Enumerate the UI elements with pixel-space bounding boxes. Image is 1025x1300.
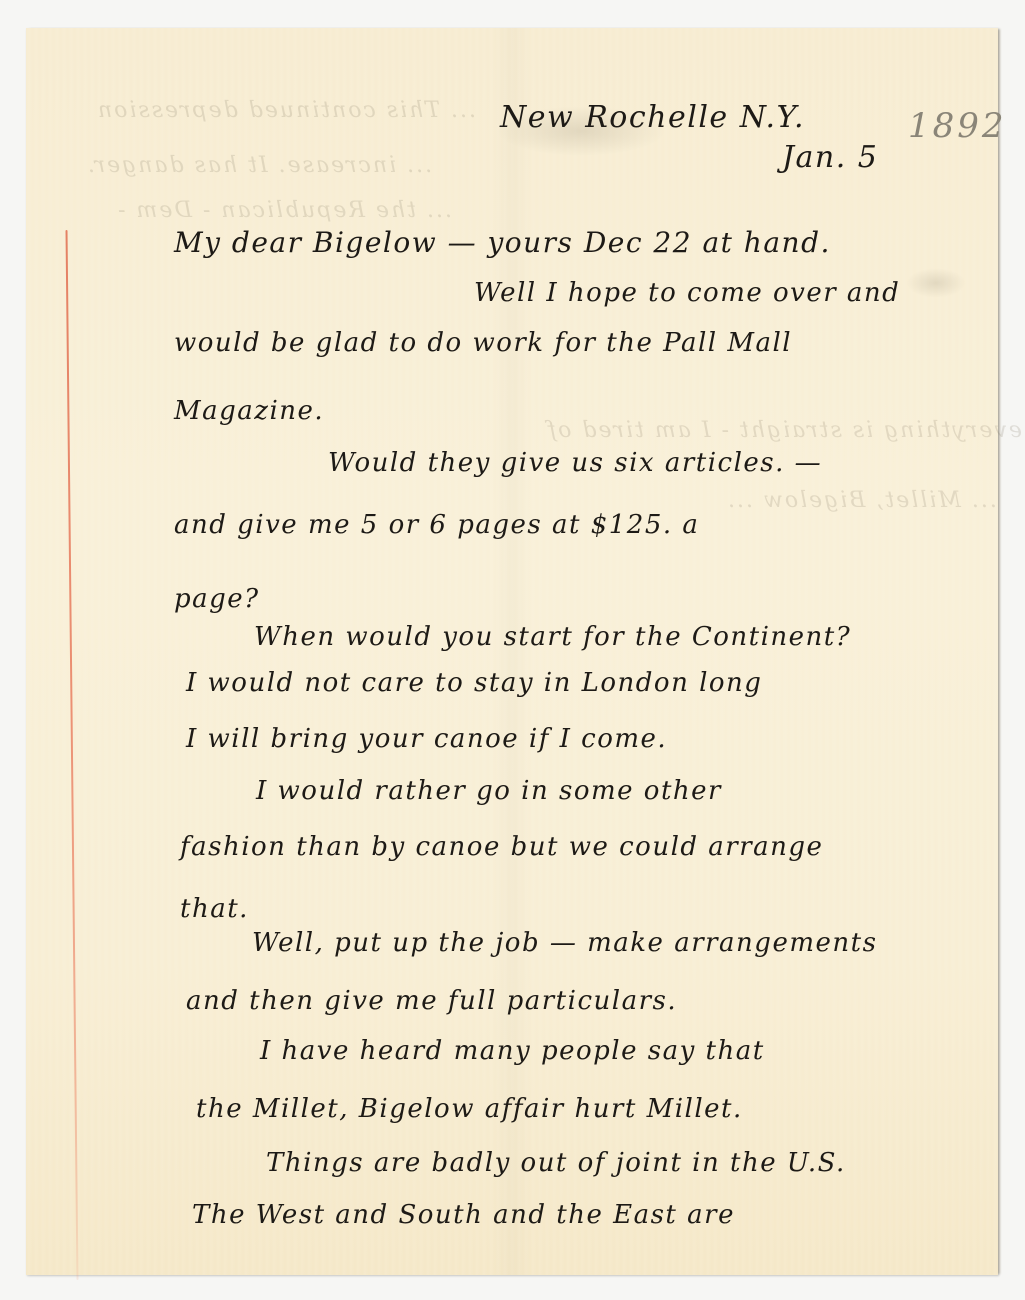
letter-line: Things are badly out of joint in the U.S… bbox=[266, 1148, 846, 1178]
letter-line: I would not care to stay in London long bbox=[186, 668, 762, 698]
letter-line: I have heard many people say that bbox=[260, 1036, 765, 1066]
letter-place: New Rochelle N.Y. bbox=[500, 100, 805, 135]
pencil-year: 1892 bbox=[908, 106, 1007, 146]
letter-line: I would rather go in some other bbox=[256, 776, 722, 806]
letter-line: and then give me full particulars. bbox=[186, 986, 677, 1016]
letter-line: fashion than by canoe but we could arran… bbox=[180, 832, 823, 862]
letter-line: would be glad to do work for the Pall Ma… bbox=[174, 328, 792, 358]
letter-line: page? bbox=[174, 584, 260, 614]
paper-sheet: ... This continued depression ... increa… bbox=[26, 28, 998, 1275]
bleed-through-line: ... the Republican - Dem - bbox=[116, 198, 452, 223]
letter-line: and give me 5 or 6 pages at $125. a bbox=[174, 510, 699, 540]
letter-line: the Millet, Bigelow affair hurt Millet. bbox=[196, 1094, 743, 1124]
letter-line: that. bbox=[180, 894, 249, 924]
letter-line: When would you start for the Continent? bbox=[254, 622, 851, 652]
ink-smudge bbox=[906, 268, 966, 298]
bleed-through-line: ... Millet, Bigelow ... bbox=[726, 488, 997, 513]
salutation-line: My dear Bigelow — yours Dec 22 at hand. bbox=[174, 226, 831, 259]
letter-line: I will bring your canoe if I come. bbox=[186, 724, 667, 754]
letter-line: Well I hope to come over and bbox=[474, 278, 900, 308]
letter-line: Would they give us six articles. — bbox=[328, 448, 822, 478]
red-margin-line bbox=[66, 230, 79, 1280]
bleed-through-line: ... This continued depression bbox=[96, 98, 476, 123]
letter-line: The West and South and the East are bbox=[192, 1200, 735, 1230]
letter-line: Magazine. bbox=[174, 396, 324, 426]
letter-line: Well, put up the job — make arrangements bbox=[252, 928, 877, 958]
letter-date: Jan. 5 bbox=[782, 140, 878, 175]
bleed-through-line: ... increase. It has danger. bbox=[86, 153, 432, 178]
bleed-through-line: ... everything is straight - I am tired … bbox=[546, 418, 1025, 443]
scanned-letter: ... This continued depression ... increa… bbox=[0, 0, 1025, 1300]
